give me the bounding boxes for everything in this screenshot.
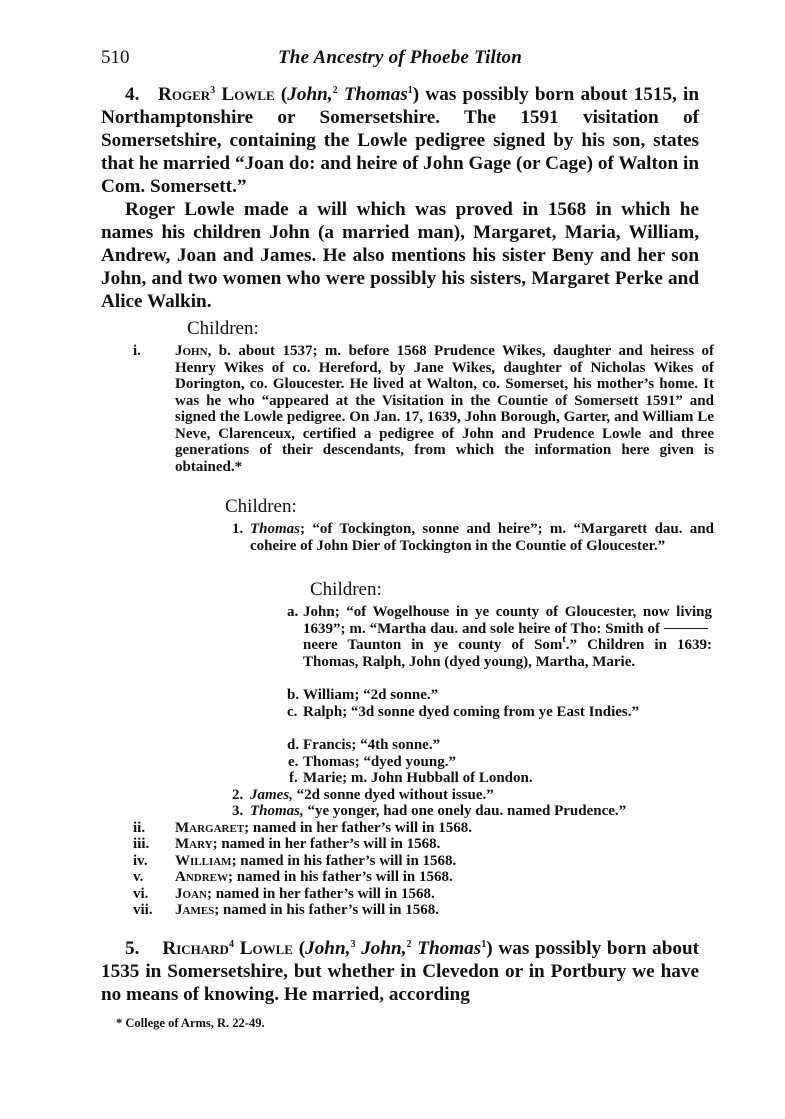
- child-numeral: vii.: [133, 902, 153, 919]
- child-name: Margaret: [175, 820, 244, 836]
- child-numeral: ii.: [133, 820, 145, 837]
- great-grandchild-description: ; “dyed young.”: [355, 754, 456, 770]
- child-text: Andrew; named in his father’s will in 15…: [175, 869, 698, 886]
- great-grandchild-text: John; “of Wogelhouse in ye county of Glo…: [289, 604, 712, 670]
- child-description: ; named in his father’s will in 1568.: [228, 869, 453, 885]
- surname: Lowle: [240, 938, 293, 959]
- child-text: Joan; named in her father’s will in 1568…: [175, 886, 698, 903]
- grandchild-name: Thomas: [250, 521, 300, 537]
- section-5-paragraph: 5. Richard4 Lowle (John,3 John,2 Thomas1…: [101, 937, 699, 1006]
- child-description: , b. about 1537; m. before 1568 Prudence…: [175, 343, 714, 475]
- great-grandchild-description: ; m. John Hubball of London.: [342, 770, 532, 786]
- running-title: The Ancestry of Phoebe Tilton: [101, 47, 699, 69]
- child-name: William: [175, 853, 232, 869]
- child-name: Mary: [175, 836, 213, 852]
- grandchild-name: James,: [250, 787, 293, 803]
- ancestor-name: John,: [287, 84, 332, 105]
- grandchild-description: “ye yonger, had one onely dau. named Pru…: [304, 803, 626, 819]
- generation-number: 2: [407, 939, 412, 950]
- child-name: Andrew: [175, 869, 228, 885]
- child-text: Margaret; named in her father’s will in …: [175, 820, 698, 837]
- child-text: William; named in his father’s will in 1…: [175, 853, 698, 870]
- child-description: ; named in her father’s will in 1568.: [213, 836, 441, 852]
- great-grandchild-numeral: d.: [287, 737, 299, 754]
- great-grandchild-description: ; “2d sonne.”: [354, 687, 438, 703]
- great-grandchild-name: Ralph: [303, 704, 342, 720]
- great-grandchild-name: John: [303, 604, 335, 620]
- child-name: John: [175, 343, 208, 359]
- great-grandchild-name: Francis: [303, 737, 351, 753]
- ancestor-name: John,: [361, 938, 406, 959]
- child-description: ; named in her father’s will in 1568.: [207, 886, 435, 902]
- child-description: ; named in his father’s will in 1568.: [214, 902, 439, 918]
- will-paragraph: Roger Lowle made a will which was proved…: [101, 198, 699, 313]
- child-description: ; named in his father’s will in 1568.: [232, 853, 457, 869]
- section-number: 4.: [125, 84, 139, 105]
- child-text: James; named in his father’s will in 156…: [175, 902, 698, 919]
- children-heading: Children:: [225, 496, 297, 518]
- paren: ): [413, 84, 419, 105]
- great-grandchild-description: ; “3d sonne dyed coming from ye East Ind…: [342, 704, 639, 720]
- generation-number: 3: [350, 939, 355, 950]
- person-name: Roger: [158, 84, 210, 105]
- child-name: Joan: [175, 886, 207, 902]
- great-grandchild-description: ; “4th sonne.”: [351, 737, 440, 753]
- child-numeral: iii.: [133, 836, 149, 853]
- grandchild-description: “2d sonne dyed without issue.”: [293, 787, 494, 803]
- description-part: ; “of Wogelhouse in ye county of Glouces…: [303, 604, 712, 637]
- great-grandchild-text: Ralph; “3d sonne dyed coming from ye Eas…: [289, 704, 712, 721]
- grandchild-description: ; “of Tockington, sonne and heire”; m. “…: [250, 521, 714, 554]
- generation-number: 3: [210, 85, 215, 96]
- child-description: ; named in her father’s will in 1568.: [244, 820, 472, 836]
- grandchild-text: James, “2d sonne dyed without issue.”: [250, 787, 710, 804]
- description-part: neere Taunton in ye county of Som: [303, 637, 562, 653]
- person-name: Richard: [162, 938, 229, 959]
- great-grandchild-text: Francis; “4th sonne.”: [303, 737, 698, 754]
- great-grandchild-name: William: [303, 687, 354, 703]
- grandchild-numeral: 3.: [232, 803, 243, 820]
- great-grandchild-numeral: f.: [289, 770, 298, 787]
- child-text: John, b. about 1537; m. before 1568 Prud…: [159, 343, 714, 475]
- child-numeral: iv.: [133, 853, 148, 870]
- child-numeral: vi.: [133, 886, 148, 903]
- great-grandchild-text: William; “2d sonne.”: [303, 687, 698, 704]
- grandchild-name: Thomas,: [250, 803, 304, 819]
- paren: ): [486, 938, 492, 959]
- great-grandchild-numeral: b.: [287, 687, 299, 704]
- blank-dash: [664, 628, 708, 629]
- ancestor-name: Thomas: [344, 84, 408, 105]
- child-numeral: i.: [133, 343, 141, 360]
- generation-number: 2: [333, 85, 338, 96]
- great-grandchild-name: Thomas: [303, 754, 355, 770]
- ancestor-name: John,: [305, 938, 350, 959]
- child-text: Mary; named in her father’s will in 1568…: [175, 836, 698, 853]
- section-number: 5.: [125, 938, 139, 959]
- grandchild-text: Thomas; “of Tockington, sonne and heire”…: [234, 521, 714, 554]
- great-grandchild-numeral: e.: [288, 754, 298, 771]
- great-grandchild-name: Marie: [303, 770, 342, 786]
- child-name: James: [175, 902, 214, 918]
- generation-number: 4: [229, 939, 234, 950]
- children-heading: Children:: [187, 318, 259, 340]
- will-text: Roger Lowle made a will which was proved…: [101, 199, 699, 312]
- running-head: 510 The Ancestry of Phoebe Tilton: [101, 47, 699, 71]
- grandchild-text: Thomas, “ye yonger, had one onely dau. n…: [250, 803, 710, 820]
- child-numeral: v.: [133, 869, 143, 886]
- book-page: 510 The Ancestry of Phoebe Tilton 4. Rog…: [0, 0, 785, 1119]
- great-grandchild-text: Marie; m. John Hubball of London.: [303, 770, 698, 787]
- grandchild-numeral: 2.: [232, 787, 243, 804]
- children-heading: Children:: [310, 579, 382, 601]
- footnote: * College of Arms, R. 22-49.: [116, 1016, 265, 1031]
- section-4-paragraph: 4. Roger3 Lowle (John,2 Thomas1) was pos…: [101, 83, 699, 198]
- great-grandchild-text: Thomas; “dyed young.”: [303, 754, 698, 771]
- surname: Lowle: [221, 84, 274, 105]
- ancestor-name: Thomas: [417, 938, 481, 959]
